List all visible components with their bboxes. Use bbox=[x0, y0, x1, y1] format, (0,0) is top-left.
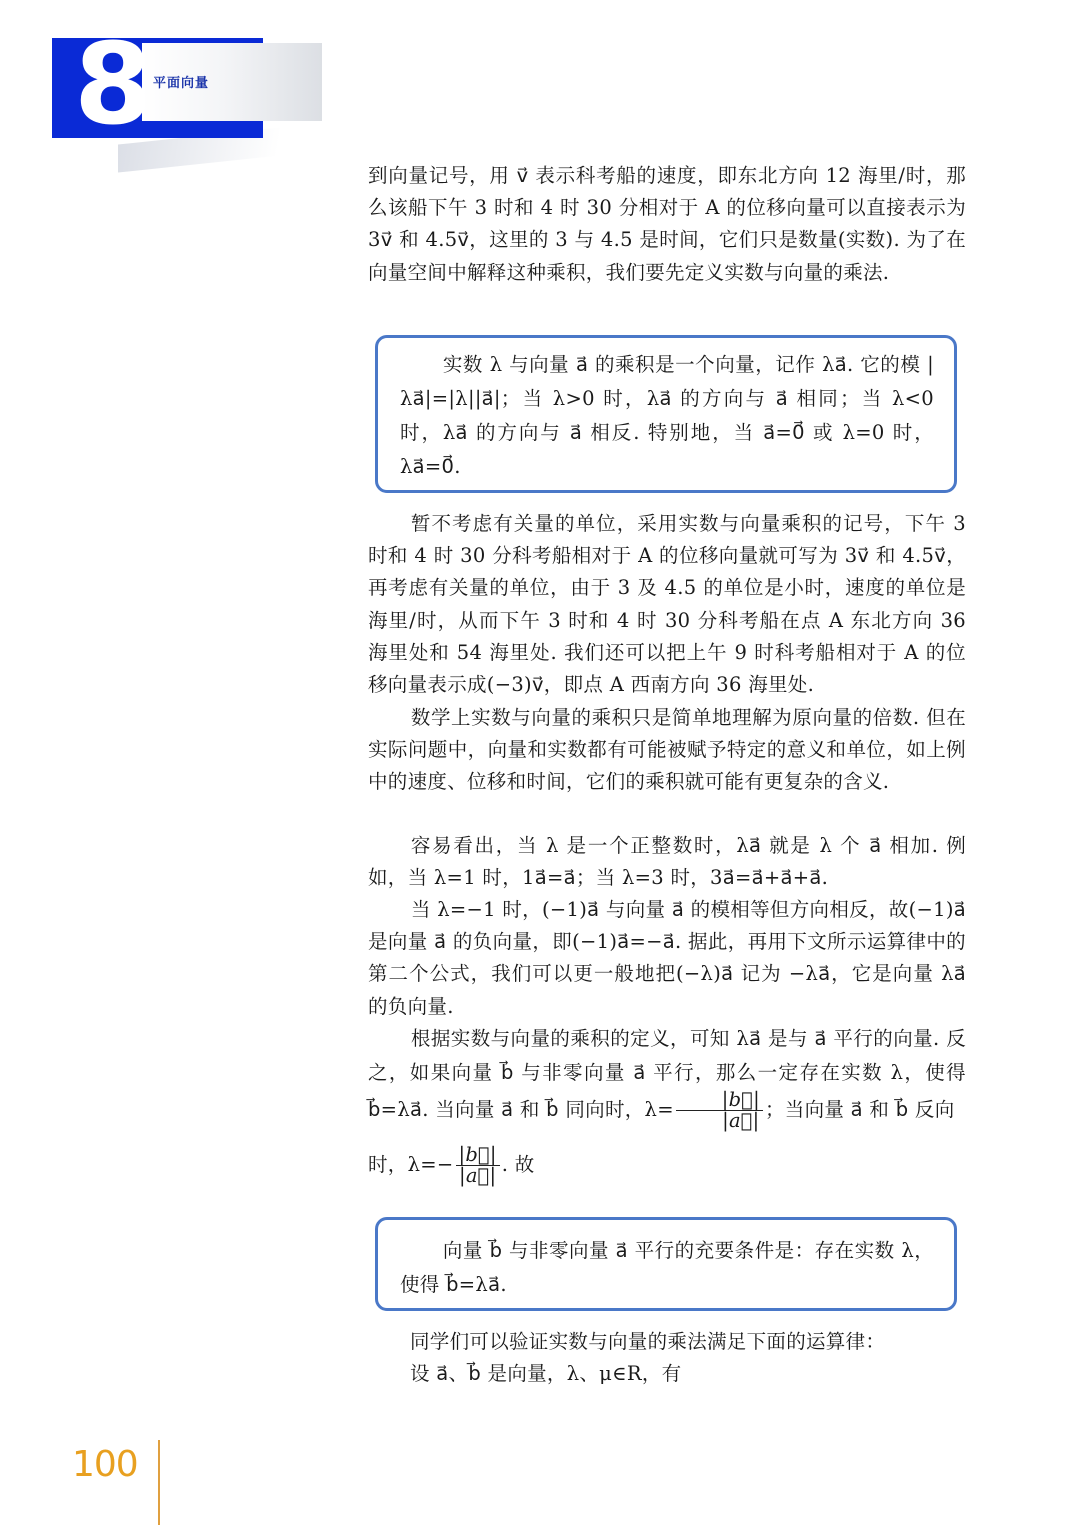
chapter-number: 8 bbox=[74, 30, 150, 140]
paragraph-text: 暂不考虑有关量的单位，采用实数与向量乘积的记号，下午 3 时和 4 时 30 分… bbox=[368, 508, 966, 701]
paragraph-laws-intro: 同学们可以验证实数与向量的乘法满足下面的运算律： 设 a⃗、b⃗ 是向量，λ、μ… bbox=[410, 1326, 966, 1390]
chapter-title: 平面向量 bbox=[153, 72, 209, 91]
paragraph-meaning: 数学上实数与向量的乘积只是简单地理解为原向量的倍数. 但在实际问题中，向量和实数… bbox=[368, 702, 966, 799]
paragraph-part: . 故 bbox=[502, 1153, 535, 1176]
paragraph-part: 时，λ=− bbox=[368, 1153, 454, 1176]
paragraph-intro: 到向量记号，用 v⃗ 表示科考船的速度，即东北方向 12 海里/时，那么该船下午… bbox=[368, 160, 966, 289]
paragraph-text: 到向量记号，用 v⃗ 表示科考船的速度，即东北方向 12 海里/时，那么该船下午… bbox=[368, 160, 966, 289]
paragraph-units: 暂不考虑有关量的单位，采用实数与向量乘积的记号，下午 3 时和 4 时 30 分… bbox=[368, 508, 966, 701]
paragraph-text: 同学们可以验证实数与向量的乘法满足下面的运算律： bbox=[410, 1326, 966, 1358]
paragraph-integer-case: 容易看出，当 λ 是一个正整数时，λa⃗ 就是 λ 个 a⃗ 相加. 例如，当 … bbox=[368, 830, 966, 894]
page-number: 100 bbox=[72, 1444, 138, 1485]
paragraph-part: ；当向量 a⃗ 和 b⃗ 反向 bbox=[765, 1098, 955, 1121]
fraction-numerator: |b⃗| bbox=[456, 1145, 500, 1166]
paragraph-parallel: 根据实数与向量的乘积的定义，可知 λa⃗ 是与 a⃗ 平行的向量. 反之，如果向… bbox=[368, 1022, 966, 1186]
theorem-box: 向量 b⃗ 与非零向量 a⃗ 平行的充要条件是：存在实数 λ，使得 b⃗=λa⃗… bbox=[375, 1217, 957, 1311]
paragraph-text: 根据实数与向量的乘积的定义，可知 λa⃗ 是与 a⃗ 平行的向量. 反之，如果向… bbox=[368, 1022, 966, 1131]
paragraph-text: 数学上实数与向量的乘积只是简单地理解为原向量的倍数. 但在实际问题中，向量和实数… bbox=[368, 702, 966, 799]
fraction-b-over-a: |b⃗||a⃗| bbox=[456, 1145, 500, 1186]
definition-text: 实数 λ 与向量 a⃗ 的乘积是一个向量，记作 λa⃗. 它的模 |λa⃗|=|… bbox=[400, 348, 934, 484]
paragraph-text: 设 a⃗、b⃗ 是向量，λ、μ∈R，有 bbox=[410, 1358, 966, 1390]
paragraph-text: 时，λ=−|b⃗||a⃗|. 故 bbox=[368, 1145, 966, 1186]
page-divider bbox=[158, 1440, 160, 1525]
paragraph-negative-vector: 当 λ=−1 时，(−1)a⃗ 与向量 a⃗ 的模相等但方向相反，故(−1)a⃗… bbox=[368, 894, 966, 1023]
fraction-denominator: |a⃗| bbox=[676, 1111, 763, 1131]
definition-box: 实数 λ 与向量 a⃗ 的乘积是一个向量，记作 λa⃗. 它的模 |λa⃗|=|… bbox=[375, 335, 957, 493]
theorem-text: 向量 b⃗ 与非零向量 a⃗ 平行的充要条件是：存在实数 λ，使得 b⃗=λa⃗… bbox=[400, 1234, 934, 1302]
paragraph-text: 容易看出，当 λ 是一个正整数时，λa⃗ 就是 λ 个 a⃗ 相加. 例如，当 … bbox=[368, 830, 966, 894]
paragraph-text: 当 λ=−1 时，(−1)a⃗ 与向量 a⃗ 的模相等但方向相反，故(−1)a⃗… bbox=[368, 894, 966, 1023]
fraction-numerator: |b⃗| bbox=[676, 1090, 763, 1111]
fraction-denominator: |a⃗| bbox=[456, 1166, 500, 1186]
fraction-b-over-a: |b⃗||a⃗| bbox=[676, 1090, 763, 1131]
